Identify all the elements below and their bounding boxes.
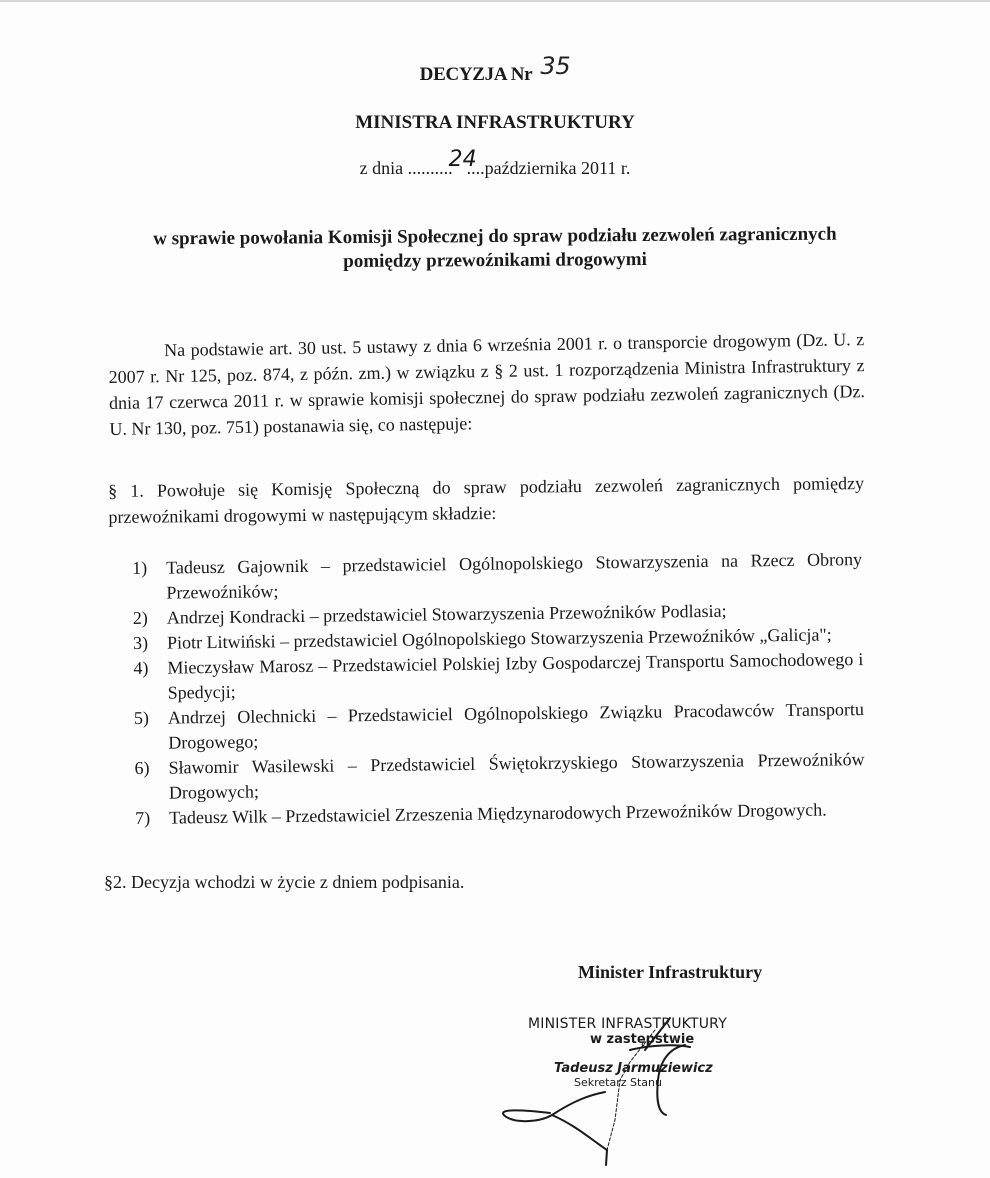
stamp-line-4: Sekretarz Stanu (574, 1076, 727, 1089)
item-text: Mieczysław Marosz – Przedstawiciel Polsk… (167, 647, 864, 705)
stamp-line-2: w zastępstwie (590, 1032, 727, 1047)
item-number: 6) (134, 756, 169, 806)
list-item: 4)Mieczysław Marosz – Przedstawiciel Pol… (133, 647, 864, 706)
item-number: 2) (133, 606, 167, 631)
issuer-heading: MINISTRA INFRASTRUKTURY (0, 112, 990, 134)
date-suffix: października 2011 r. (485, 158, 631, 178)
list-item: 5)Andrzej Olechnicki – Przedstawiciel Og… (134, 697, 865, 756)
list-item: 1)Tadeusz Gajownik – przedstawiciel Ogól… (132, 547, 863, 606)
date-dots-before: .......... (408, 158, 453, 178)
item-number: 5) (134, 706, 169, 756)
section-2-paragraph: §2. Decyzja wchodzi w życie z dniem podp… (104, 872, 464, 893)
item-number: 3) (133, 631, 167, 656)
item-text: Sławomir Wasilewski – Przedstawiciel Świ… (168, 747, 865, 805)
decision-heading: DECYZJA Nr 35 (0, 58, 990, 86)
section-1-paragraph: § 1. Powołuje się Komisję Społeczną do s… (108, 470, 865, 530)
date-day-handwritten: 24 (449, 147, 477, 172)
legal-basis-paragraph: Na podstawie art. 30 ust. 5 ustawy z dni… (108, 326, 866, 442)
heading-prefix: DECYZJA Nr (420, 64, 532, 85)
decision-subject: w sprawie powołania Komisji Społecznej d… (0, 222, 990, 277)
decision-number-handwritten: 35 (540, 52, 570, 80)
decision-date: z dnia ..........24....października 2011… (0, 155, 990, 180)
stamp-line-3: Tadeusz Jarmuziewicz (554, 1061, 727, 1076)
date-prefix: z dnia (360, 158, 403, 178)
item-number: 7) (135, 806, 169, 831)
list-item: 6)Sławomir Wasilewski – Przedstawiciel Ś… (134, 747, 865, 806)
item-text: Tadeusz Gajownik – przedstawiciel Ogólno… (166, 547, 863, 605)
item-number: 4) (133, 656, 168, 706)
item-number: 1) (132, 556, 167, 606)
stamp-line-1: MINISTER INFRASTRUKTURY (528, 1016, 727, 1032)
document-page: DECYZJA Nr 35 MINISTRA INFRASTRUKTURY z … (0, 0, 990, 1178)
signatory-title: Minister Infrastruktury (578, 962, 762, 983)
item-text: Andrzej Olechnicki – Przedstawiciel Ogól… (168, 697, 865, 755)
official-stamp: MINISTER INFRASTRUKTURY w zastępstwie Ta… (528, 1016, 727, 1089)
commission-members-list: 1)Tadeusz Gajownik – przedstawiciel Ogól… (132, 547, 865, 831)
